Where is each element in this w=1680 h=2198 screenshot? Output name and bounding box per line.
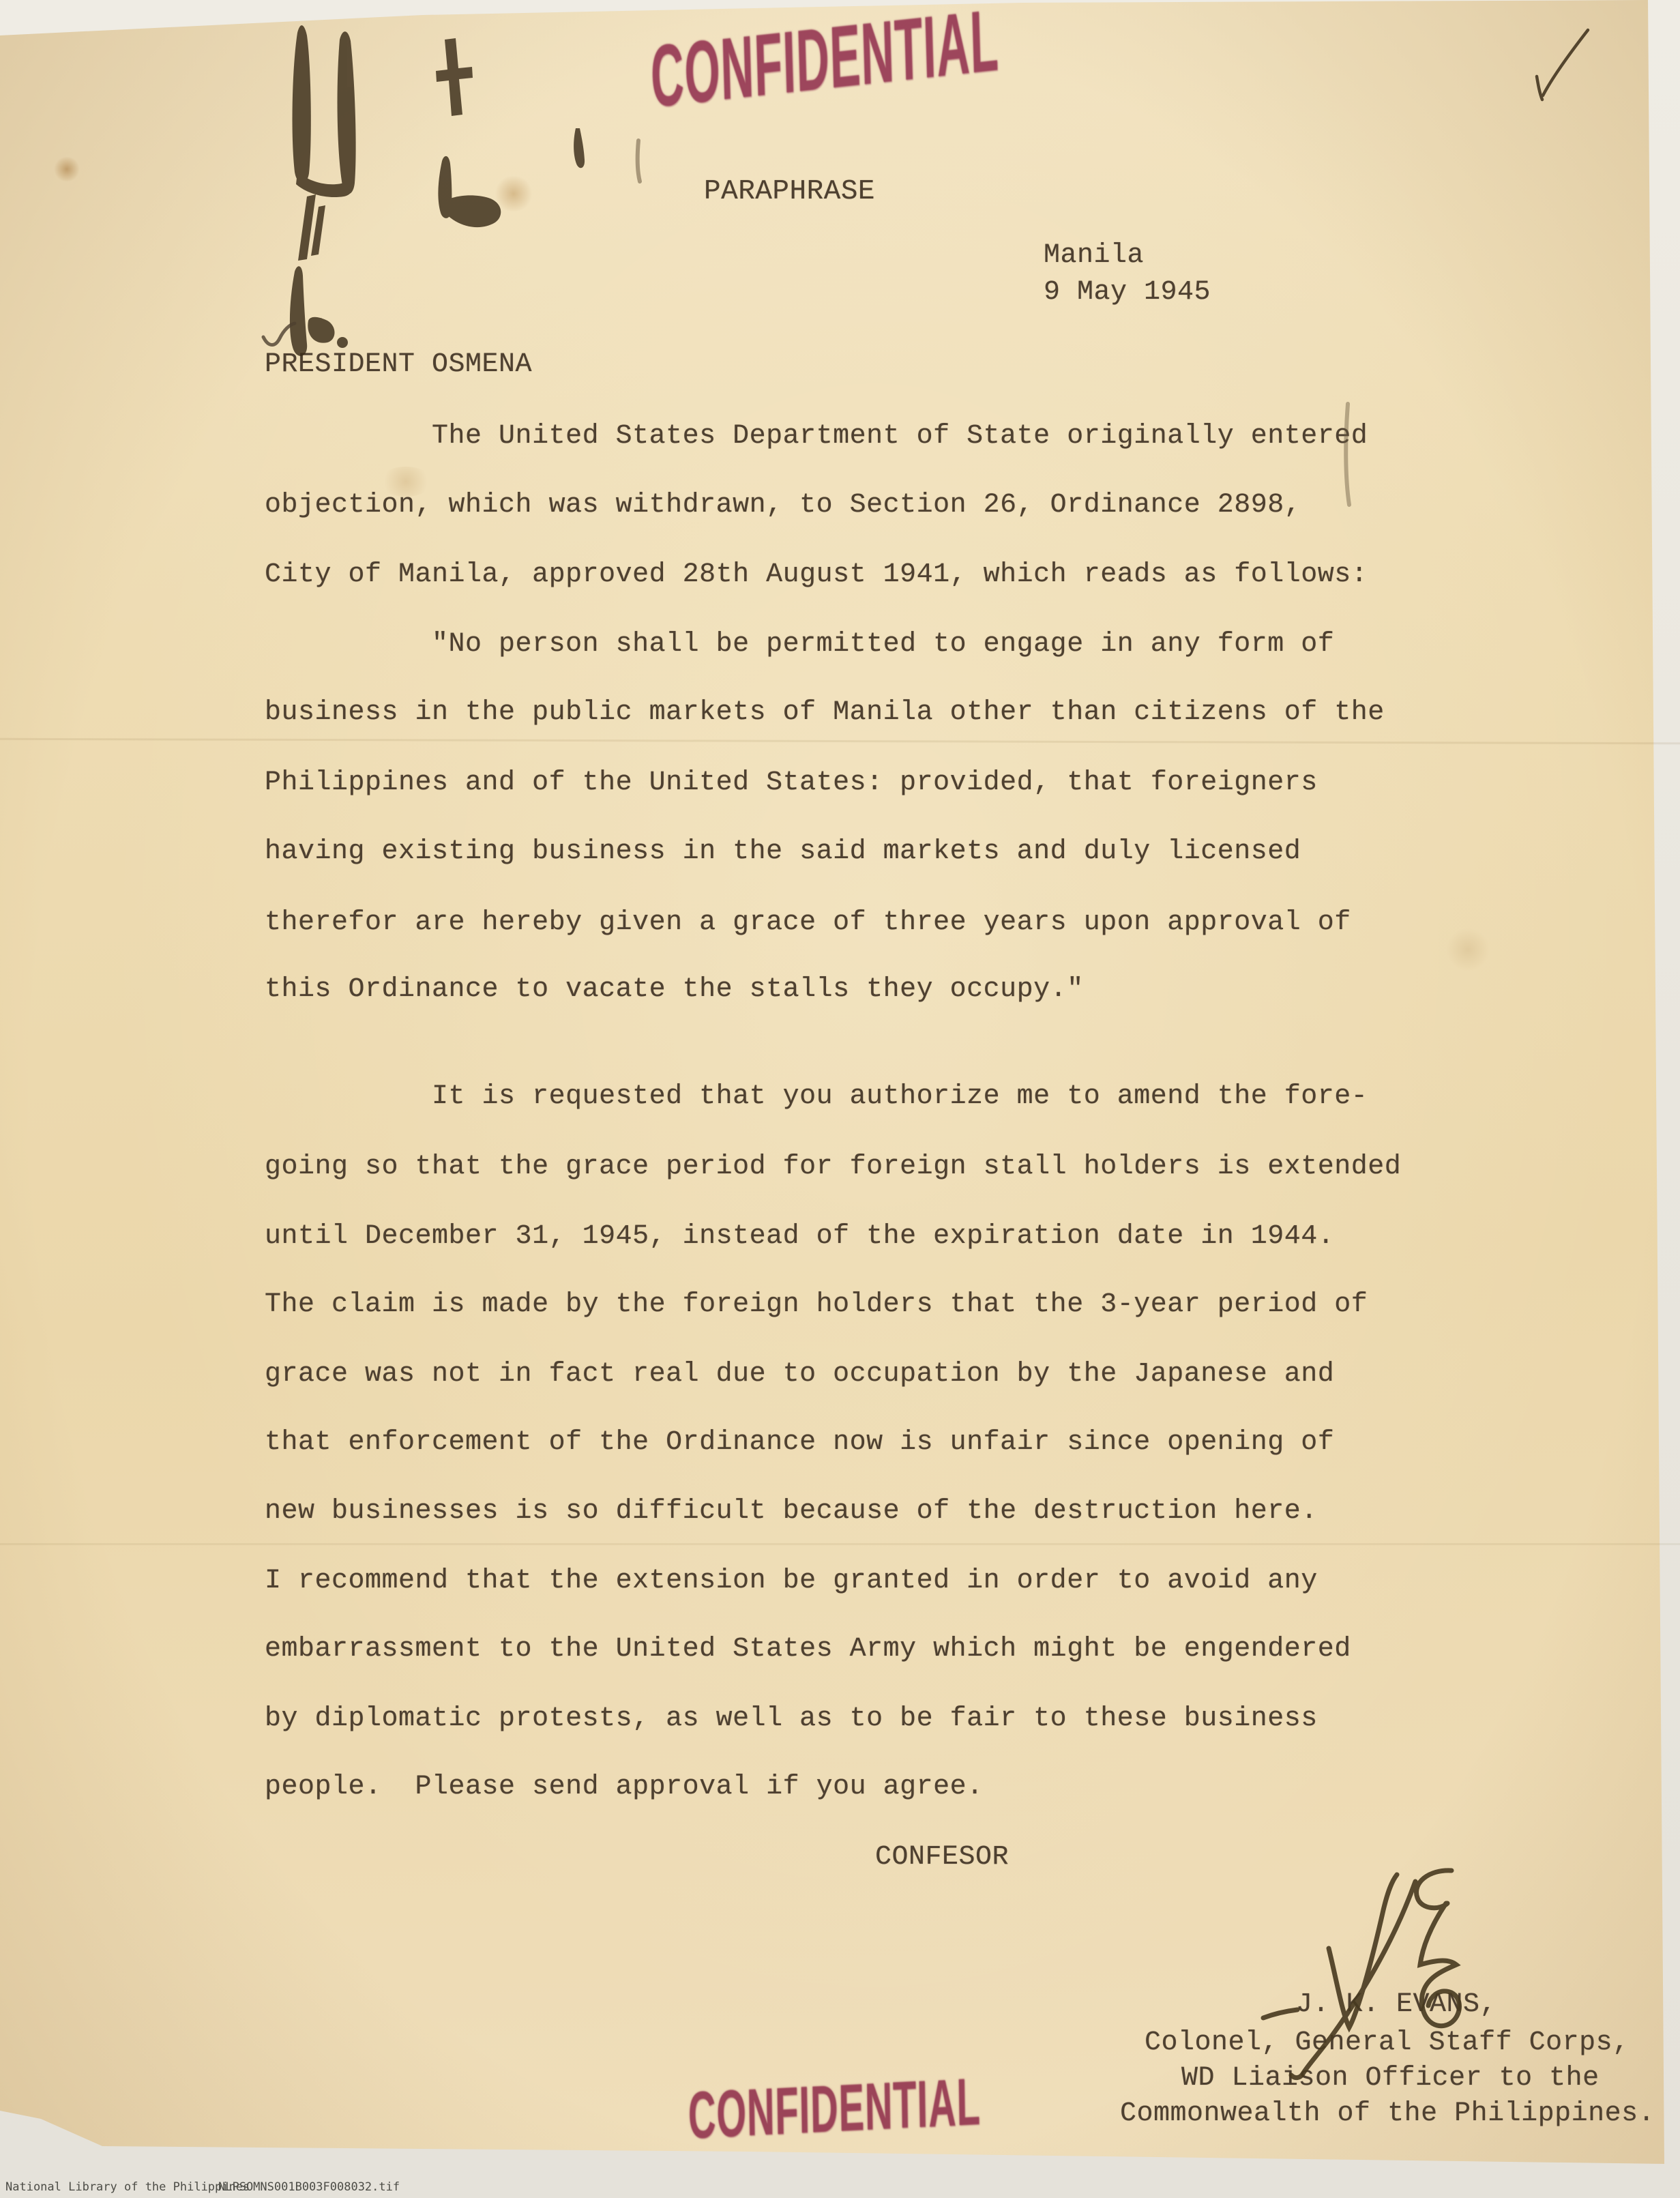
footer-filename-label: NLPSOMNS001B003F008032.tif: [218, 2180, 400, 2194]
typed-line: grace was not in fact real due to occupa…: [265, 1359, 1334, 1390]
typed-line: business in the public markets of Manila…: [265, 697, 1385, 728]
typed-line: new businesses is so difficult because o…: [265, 1496, 1318, 1527]
typed-line: The United States Department of State or…: [265, 421, 1368, 452]
paper-stain: [53, 157, 80, 181]
typed-line: that enforcement of the Ordinance now is…: [265, 1427, 1334, 1458]
typed-line: by diplomatic protests, as well as to be…: [265, 1703, 1318, 1734]
typed-line: embarrassment to the United States Army …: [265, 1634, 1351, 1665]
typed-line: "No person shall be permitted to engage …: [265, 629, 1334, 660]
typed-line: having existing business in the said mar…: [265, 836, 1301, 867]
scanned-letter-page: CONFIDENTIAL CONFIDENTIAL PARAPHRASE Man…: [0, 0, 1680, 2198]
confidential-stamp-bottom: CONFIDENTIAL: [688, 2062, 982, 2154]
date-line: 9 May 1945: [1044, 277, 1211, 308]
signer-title-1: Colonel, General Staff Corps,: [1145, 2027, 1630, 2058]
typed-line: It is requested that you authorize me to…: [265, 1081, 1368, 1112]
recipient-line: PRESIDENT OSMENA: [265, 349, 532, 380]
sender-line: CONFESOR: [875, 1842, 1009, 1873]
typed-line: The claim is made by the foreign holders…: [265, 1289, 1368, 1320]
paper-stain: [1446, 928, 1490, 971]
typed-line: City of Manila, approved 28th August 194…: [265, 559, 1368, 590]
fold-crease: [0, 1543, 1680, 1545]
typed-line: until December 31, 1945, instead of the …: [265, 1221, 1334, 1252]
signer-title-3: Commonwealth of the Philippines.: [1120, 2098, 1655, 2129]
place-line: Manila: [1044, 240, 1144, 271]
doc-type-heading: PARAPHRASE: [704, 176, 875, 207]
typed-line: therefor are hereby given a grace of thr…: [265, 907, 1351, 938]
signer-title-2: WD Liaison Officer to the: [1181, 2063, 1600, 2094]
typed-line: this Ordinance to vacate the stalls they…: [265, 974, 1084, 1005]
typed-line: people. Please send approval if you agre…: [265, 1772, 984, 1802]
typed-line: Philippines and of the United States: pr…: [265, 767, 1318, 798]
typed-line: I recommend that the extension be grante…: [265, 1566, 1318, 1596]
footer-library-label: National Library of the Philippines: [5, 2180, 250, 2194]
paper-stain: [494, 176, 533, 211]
signer-name: J. K. EVANS,: [1296, 1989, 1497, 2020]
typed-line: objection, which was withdrawn, to Secti…: [265, 490, 1301, 521]
typed-line: going so that the grace period for forei…: [265, 1152, 1401, 1182]
